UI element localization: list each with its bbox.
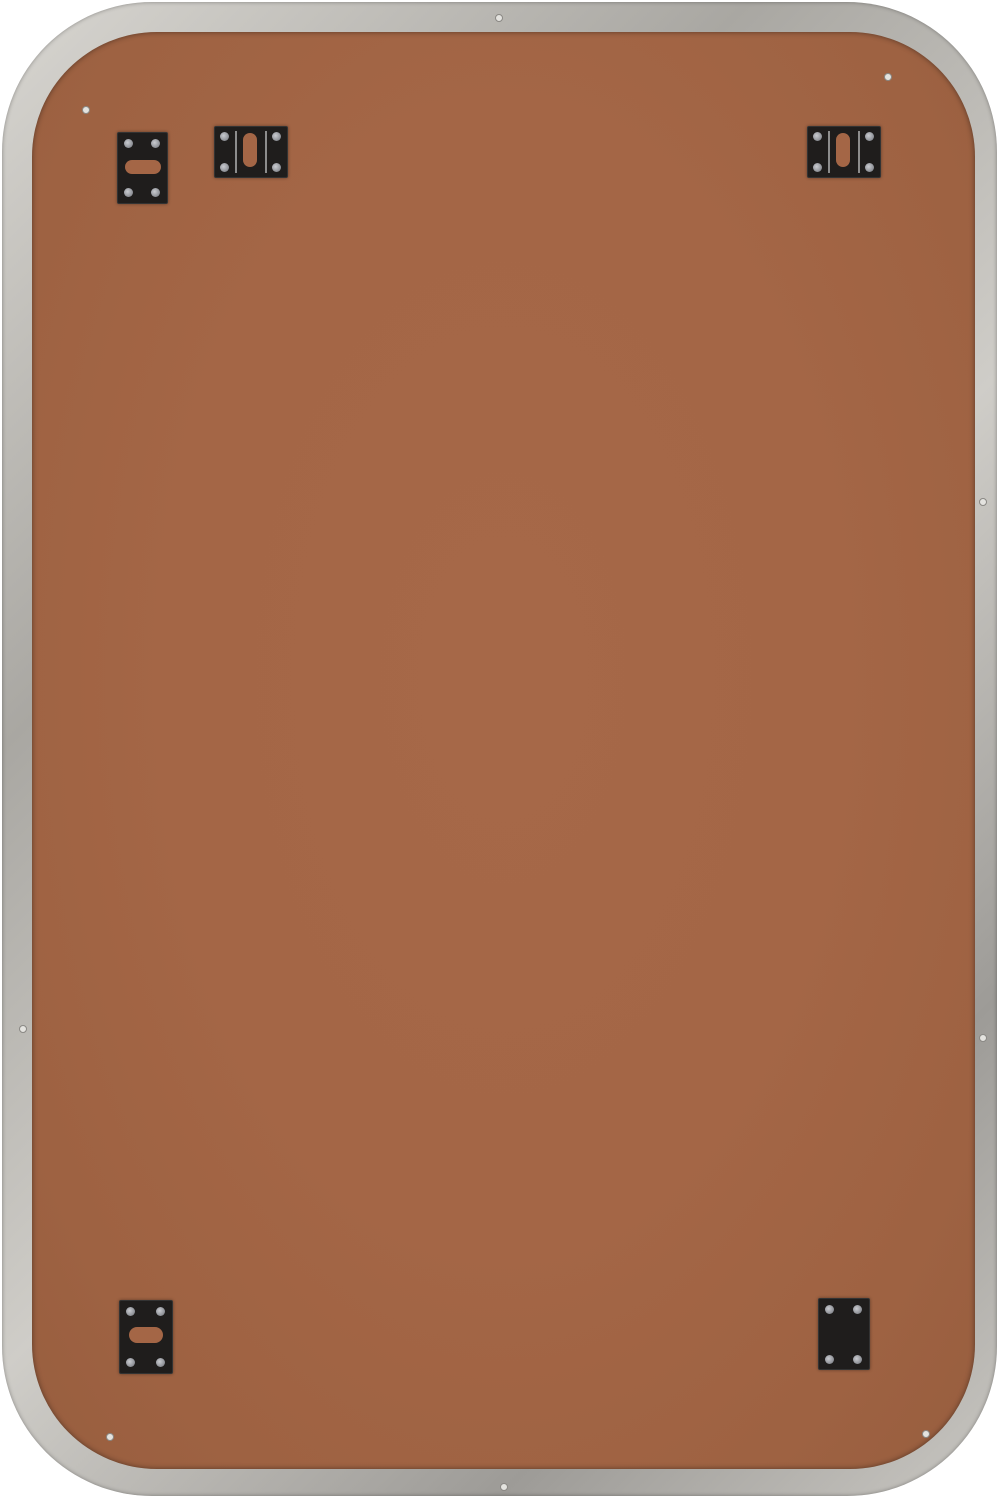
keyhole-hanger-top-left	[214, 126, 288, 178]
frame-rivet	[82, 106, 90, 114]
keyhole-hanger-top-right	[807, 126, 881, 178]
frame-rivet	[500, 1483, 508, 1491]
solid-bracket-bottom-right	[818, 1298, 870, 1370]
frame-rivet	[979, 1034, 987, 1042]
hanger-bracket-bottom-left	[119, 1300, 173, 1374]
frame-rivet	[922, 1430, 930, 1438]
mirror-backing	[32, 32, 975, 1469]
mirror-frame	[2, 2, 997, 1496]
frame-rivet	[884, 73, 892, 81]
frame-rivet	[495, 14, 503, 22]
hanger-bracket-top-left	[117, 132, 168, 204]
frame-rivet	[979, 498, 987, 506]
frame-rivet	[106, 1433, 114, 1441]
frame-rivet	[19, 1025, 27, 1033]
